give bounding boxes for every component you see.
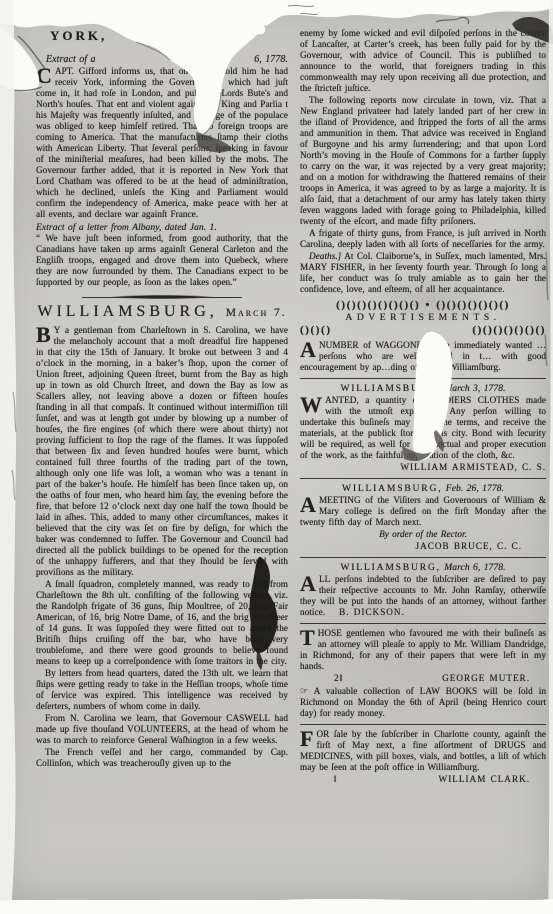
ad-byline: By order of the Rector. (300, 529, 546, 540)
article-headquarters: By letters from head quarters, dated the… (36, 668, 288, 712)
article-french-vessel: The French veſſel and her cargo, command… (36, 747, 288, 769)
article-extract-albany: “ We have juſt been informed, from good … (36, 233, 288, 288)
ad-signature: JACOB BRUCE, C. C. (416, 541, 522, 552)
article-body: Y a gentleman from Charleſtown in S. Car… (36, 325, 288, 577)
ad-signature: WILLIAM CLARK. (439, 774, 530, 785)
ad-signature-row: WILLIAM ARMISTEAD, C. S. (300, 462, 546, 473)
article-frigate: A frigate of thirty guns, from France, i… (300, 228, 546, 250)
ad-signature-row: JACOB BRUCE, C. C. (300, 541, 546, 552)
article-body: APT. Gifford informs us, that on the 20 … (36, 66, 288, 219)
masthead-title-fragment: YORK, (50, 30, 107, 41)
bottom-edge (0, 899, 553, 914)
ornament-row-bottom: ()()() ()()()()()()() (300, 324, 546, 337)
column-left: YORK, ruary 21. Extract of a 6, 1778. CA… (36, 28, 288, 770)
ad-signature-row: ‖ WILLIAM CLARK. (300, 774, 546, 785)
ad-dateline: WILLIAMSBURG, Feb. 26, 1778. (300, 483, 546, 494)
ad-body: MEETING of the Viſiters and Governours o… (300, 495, 546, 527)
ad-dateline-date: March 6, 1778. (444, 562, 505, 573)
drop-cap: T (300, 628, 318, 648)
article-lancaster: enemy by ſome wicked and evil diſpoſed p… (300, 28, 546, 94)
masthead: YORK, ruary 21. (36, 28, 288, 52)
dateline-city: WILLIAMSBURG, (37, 306, 217, 317)
ad-body: ANTED, a quantity of SOLDIERS CLOTHES ma… (300, 395, 546, 460)
section-rule (300, 557, 546, 558)
ad-signature: GEORGE MUTER. (442, 673, 530, 684)
ad-signature: B. DICKSON. (339, 607, 405, 617)
ad-drugs-medicines: FOR ſale by the ſubſcriber in Charlotte … (300, 729, 546, 773)
drop-cap: F (300, 729, 317, 749)
ornament-row-top: ()()()()()()()() • ()()()()()()() (300, 299, 546, 312)
advertisements-title: ADVERTISEMENTS. (300, 312, 546, 324)
ad-body: OR ſale by the ſubſcriber in Charlotte c… (300, 729, 546, 772)
ad-body: HOSE gentlemen who favoured me with thei… (300, 628, 546, 671)
ad-dateline-city: WILLIAMSBURG, (340, 562, 440, 573)
deaths-label: Deaths.] (309, 251, 341, 261)
drop-cap: W (300, 395, 325, 415)
ad-body: NUMBER of WAGGONERS are immediately want… (300, 340, 546, 372)
ad-waggoners: ANUMBER of WAGGONERS are immediately wan… (300, 340, 546, 373)
section-rule (300, 724, 546, 725)
masthead-date-fragment: ruary 21. (184, 30, 245, 41)
williamsburg-dateline: WILLIAMSBURG, March 7. (36, 306, 288, 319)
drop-cap: A (300, 574, 319, 594)
swelled-rule (82, 295, 242, 300)
drop-cap: A (300, 340, 319, 360)
ad-debts: ALL perſons indebted to the ſubſcriber a… (300, 574, 546, 618)
extract-heading-row: Extract of a 6, 1778. (46, 54, 288, 65)
article-extract-york: CAPT. Gifford informs us, that on the 20… (36, 66, 288, 220)
ornament-fragment-right: ()()()()()()() (472, 324, 546, 337)
dateline-date: March 7. (226, 308, 287, 319)
ornament-fragment-left: ()()() (300, 324, 332, 337)
ad-dateline-date: Feb. 26, 1778. (446, 483, 504, 494)
ad-reference-mark: 2‖ (334, 673, 343, 684)
ad-dateline: WILLIAMSBURG, March 6, 1778. (300, 562, 546, 573)
ad-college-meeting: AMEETING of the Viſiters and Governours … (300, 495, 546, 528)
drop-cap: B (36, 325, 54, 345)
drop-cap: C (36, 66, 55, 86)
ad-dateline-city: WILLIAMSBURG, (342, 483, 442, 494)
extract-heading: Extract of a (46, 54, 96, 65)
extract-date: 6, 1778. (254, 54, 288, 65)
ad-signature: WILLIAM ARMISTEAD, C. S. (400, 462, 546, 473)
ad-signature-row: 2‖ GEORGE MUTER. (300, 673, 546, 684)
newspaper-scan: YORK, ruary 21. Extract of a 6, 1778. CA… (0, 0, 553, 914)
ad-body: LL perſons indebted to the ſubſcriber ar… (300, 574, 546, 617)
article-squadron: A ſmall ſquadron, completely manned, was… (36, 579, 288, 667)
article-deaths: Deaths.] At Col. Claiborne’s, in Suſſex,… (300, 251, 546, 295)
section-rule (300, 623, 546, 624)
article-carolina-volunteers: From N. Carolina we learn, that Governou… (36, 713, 288, 746)
ad-soldiers-clothes: WANTED, a quantity of SOLDIERS CLOTHES m… (300, 395, 546, 461)
section-rule (300, 478, 546, 479)
section-rule (300, 378, 546, 379)
ad-dateline-city: WILLIAMSBURG, (340, 383, 440, 394)
article-charlestown-fire: BY a gentleman from Charleſtown in S. Ca… (36, 325, 288, 578)
extract-albany-heading: Extract of a letter from Albany, dated J… (36, 222, 288, 233)
ad-dateline: WILLIAMSBURG, March 3, 1778. (300, 383, 546, 394)
drop-cap: A (300, 495, 319, 515)
ad-dateline-date: March 3, 1778. (444, 383, 505, 394)
ad-reference-mark: ‖ (334, 774, 338, 785)
column-right: enemy by ſome wicked and evil diſpoſed p… (300, 28, 546, 785)
law-books-note: ☞ A valuable collection of LAW BOOKS wil… (300, 686, 546, 719)
article-town-reports: The following reports now circulate in t… (300, 95, 546, 227)
ad-attorney-papers: THOSE gentlemen who favoured me with the… (300, 628, 546, 672)
